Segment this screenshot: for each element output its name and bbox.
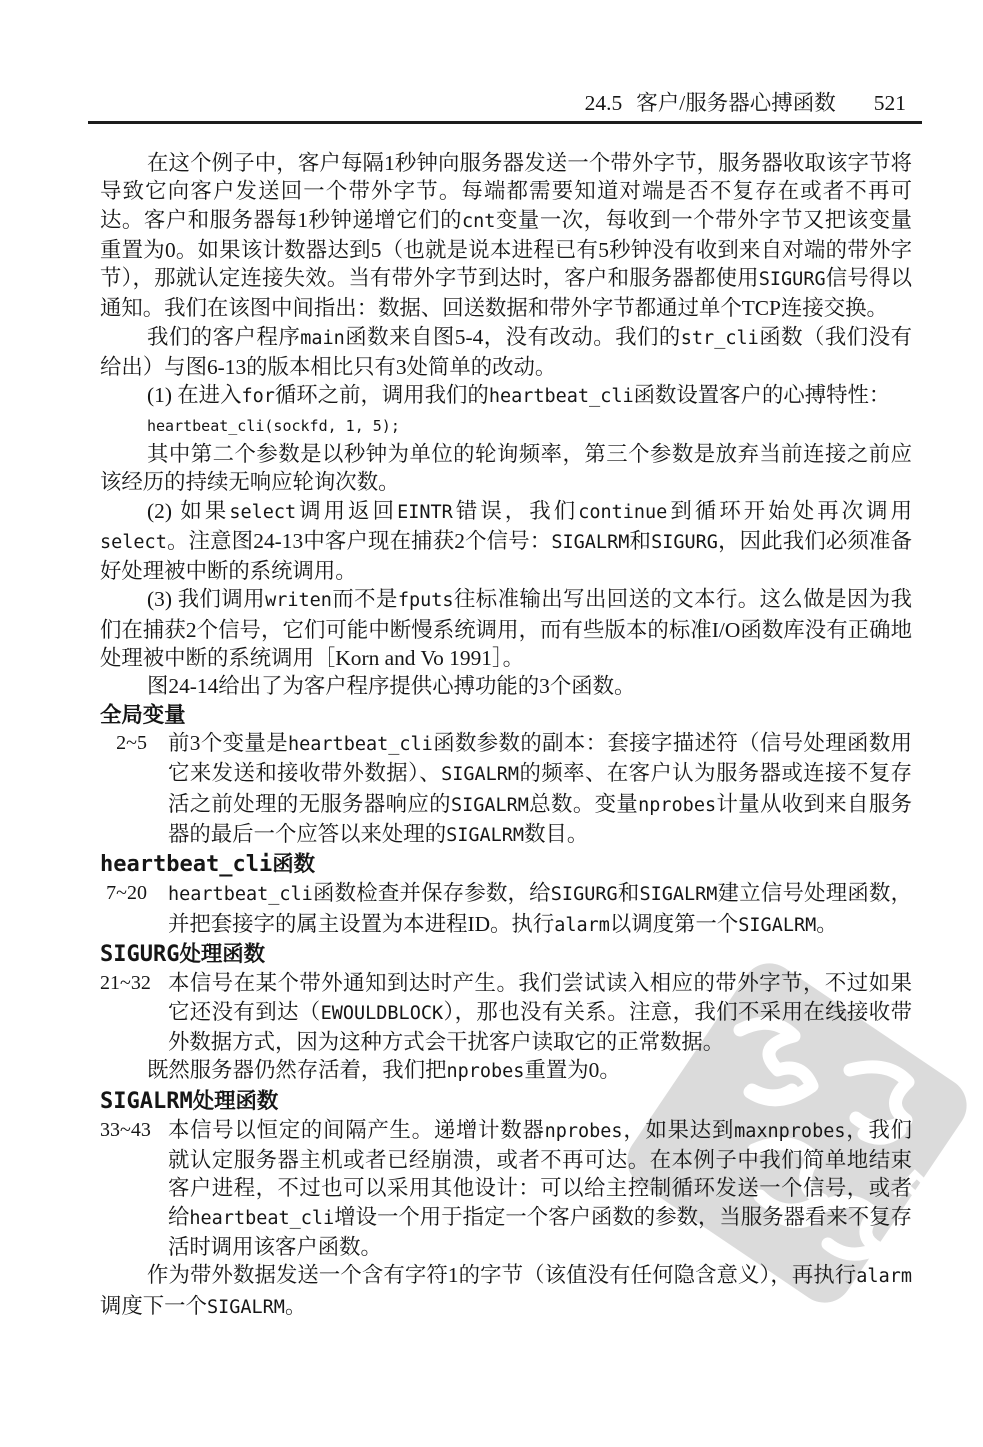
text-run: 到循环开始处再次调用 — [667, 499, 912, 523]
text-run: 函数 — [272, 852, 315, 876]
inline-code: heartbeat_cli — [189, 1208, 334, 1229]
inline-code: fputs — [398, 590, 454, 611]
text-run: 重置为0。 — [524, 1058, 620, 1082]
text-run: 其中第二个参数是以秒钟为单位的轮询频率，第三个参数是放弃当前连接之前应该经历的持… — [100, 442, 912, 494]
code-block: heartbeat_cli(sockfd, 1, 5); — [100, 412, 912, 440]
inline-code: nprobes — [638, 795, 716, 816]
commentary-item: 2~5前3个变量是heartbeat_cli函数参数的副本：套接字描述符（信号处… — [100, 729, 912, 850]
inline-code: main — [300, 328, 345, 349]
inline-code: select — [100, 532, 167, 553]
text-run: 循环之前，调用我们的 — [275, 383, 489, 407]
text-run: ，如果达到 — [623, 1118, 735, 1142]
text-run: 函数设置客户的心搏特性： — [634, 383, 891, 407]
header-rule — [88, 121, 922, 124]
paragraph: 其中第二个参数是以秒钟为单位的轮询频率，第三个参数是放弃当前连接之前应该经历的持… — [100, 440, 912, 497]
text-run: 调用返回 — [296, 499, 397, 523]
text-run: 。 — [285, 1294, 306, 1318]
text-run: 和 — [618, 881, 640, 905]
text-run: 以调度第一个 — [610, 912, 738, 936]
text-run: (2) 如果 — [147, 499, 229, 523]
paragraph: 既然服务器仍然存活着，我们把nprobes重置为0。 — [100, 1056, 912, 1086]
text-run: 函数来自图5-4，没有改动。我们的 — [345, 325, 681, 349]
paragraph: 作为带外数据发送一个含有字符1的字节（该值没有任何隐含意义），再执行alarm调… — [100, 1261, 912, 1322]
inline-code: SIGALRM — [446, 825, 524, 846]
page-body: 在这个例子中，客户每隔1秒钟向服务器发送一个带外字节，服务器收取该字节将导致它向… — [100, 149, 912, 1322]
text-run: 错误，我们 — [453, 499, 578, 523]
inline-code: heartbeat_cli — [288, 734, 433, 755]
text-run: (3) 我们调用 — [147, 587, 265, 611]
inline-code: nprobes — [446, 1061, 524, 1082]
text-run: 处理函数 — [193, 1089, 279, 1113]
text-run: 总数。变量 — [529, 792, 638, 816]
section-heading: SIGALRM处理函数 — [100, 1087, 912, 1116]
inline-code: continue — [578, 502, 667, 523]
text-run: 而不是 — [332, 587, 398, 611]
inline-code: EINTR — [397, 502, 453, 523]
inline-code: SIGALRM — [100, 1089, 193, 1114]
page-header: 24.5 客户/服务器心搏函数 521 — [100, 90, 912, 116]
scanned-page: PDG 24.5 客户/服务器心搏函数 521 在这个例子中，客户每隔1秒钟向服… — [0, 0, 983, 1447]
inline-code: SIGURG — [759, 269, 826, 290]
inline-code: select — [229, 502, 296, 523]
section-number: 24.5 — [585, 90, 623, 116]
inline-code: for — [241, 386, 274, 407]
inline-code: SIGALRM — [639, 884, 717, 905]
inline-code: nprobes — [545, 1121, 623, 1142]
paragraph: 我们的客户程序main函数来自图5-4，没有改动。我们的str_cli函数（我们… — [100, 323, 912, 382]
line-range-label: 21~32 — [100, 969, 147, 997]
inline-code: SIGALRM — [451, 795, 529, 816]
text-run: 本信号以恒定的间隔产生。递增计数器 — [168, 1118, 545, 1142]
paragraph: (1) 在进入for循环之前，调用我们的heartbeat_cli函数设置客户的… — [100, 381, 912, 411]
line-range-label: 2~5 — [100, 729, 147, 757]
inline-code: writen — [265, 590, 332, 611]
inline-code: SIGURG — [100, 942, 179, 967]
text-run: (1) 在进入 — [147, 383, 241, 407]
text-run: 。 — [816, 912, 837, 936]
inline-code: SIGALRM — [441, 764, 519, 785]
text-run: 数目。 — [524, 822, 588, 846]
section-heading: SIGURG处理函数 — [100, 940, 912, 969]
text-run: 调度下一个 — [100, 1294, 207, 1318]
inline-code: SIGALRM — [738, 915, 816, 936]
line-range-label: 33~43 — [100, 1116, 147, 1144]
text-run: 作为带外数据发送一个含有字符1的字节（该值没有任何隐含意义），再执行 — [147, 1263, 856, 1287]
line-range-label: 7~20 — [100, 879, 147, 907]
inline-code: SIGALRM — [551, 532, 629, 553]
commentary-item: 21~32本信号在某个带外通知到达时产生。我们尝试读入相应的带外字节，不过如果它… — [100, 969, 912, 1056]
section-heading: heartbeat_cli函数 — [100, 850, 912, 879]
paragraph: (3) 我们调用writen而不是fputs往标准输出写出回送的文本行。这么做是… — [100, 585, 912, 672]
text-run: 函数检查并保存参数，给 — [313, 881, 551, 905]
inline-code: SIGURG — [551, 884, 618, 905]
text-run: 图24-14给出了为客户程序提供心搏功能的3个函数。 — [147, 674, 635, 698]
text-run: 既然服务器仍然存活着，我们把 — [147, 1058, 446, 1082]
inline-code: heartbeat_cli — [168, 884, 313, 905]
commentary-item: 7~20heartbeat_cli函数检查并保存参数，给SIGURG和SIGAL… — [100, 879, 912, 940]
inline-code: heartbeat_cli — [100, 852, 272, 877]
paragraph: 图24-14给出了为客户程序提供心搏功能的3个函数。 — [100, 672, 912, 700]
paragraph: (2) 如果select调用返回EINTR错误，我们continue到循环开始处… — [100, 497, 912, 586]
section-title: 客户/服务器心搏函数 — [636, 90, 835, 116]
text-run: 全局变量 — [100, 703, 186, 727]
text-run: 处理函数 — [179, 942, 265, 966]
inline-code: alarm — [554, 915, 610, 936]
page-content: 24.5 客户/服务器心搏函数 521 在这个例子中，客户每隔1秒钟向服务器发送… — [100, 90, 912, 1322]
inline-code: EWOULDBLOCK — [321, 1003, 444, 1024]
inline-code: cnt — [462, 211, 495, 232]
text-run: 。注意图24-13中客户现在捕获2个信号： — [167, 529, 552, 553]
section-heading: 全局变量 — [100, 701, 912, 729]
inline-code: str_cli — [681, 328, 759, 349]
inline-code: maxnprobes — [734, 1121, 845, 1142]
inline-code: SIGALRM — [207, 1297, 285, 1318]
paragraph: 在这个例子中，客户每隔1秒钟向服务器发送一个带外字节，服务器收取该字节将导致它向… — [100, 149, 912, 323]
inline-code: heartbeat_cli — [489, 386, 634, 407]
text-run: 我们的客户程序 — [147, 325, 300, 349]
commentary-item: 33~43本信号以恒定的间隔产生。递增计数器nprobes，如果达到maxnpr… — [100, 1116, 912, 1261]
text-run: 和 — [629, 529, 651, 553]
inline-code: alarm — [856, 1266, 912, 1287]
page-number: 521 — [874, 90, 906, 116]
inline-code: SIGURG — [651, 532, 718, 553]
text-run: 前3个变量是 — [168, 731, 288, 755]
